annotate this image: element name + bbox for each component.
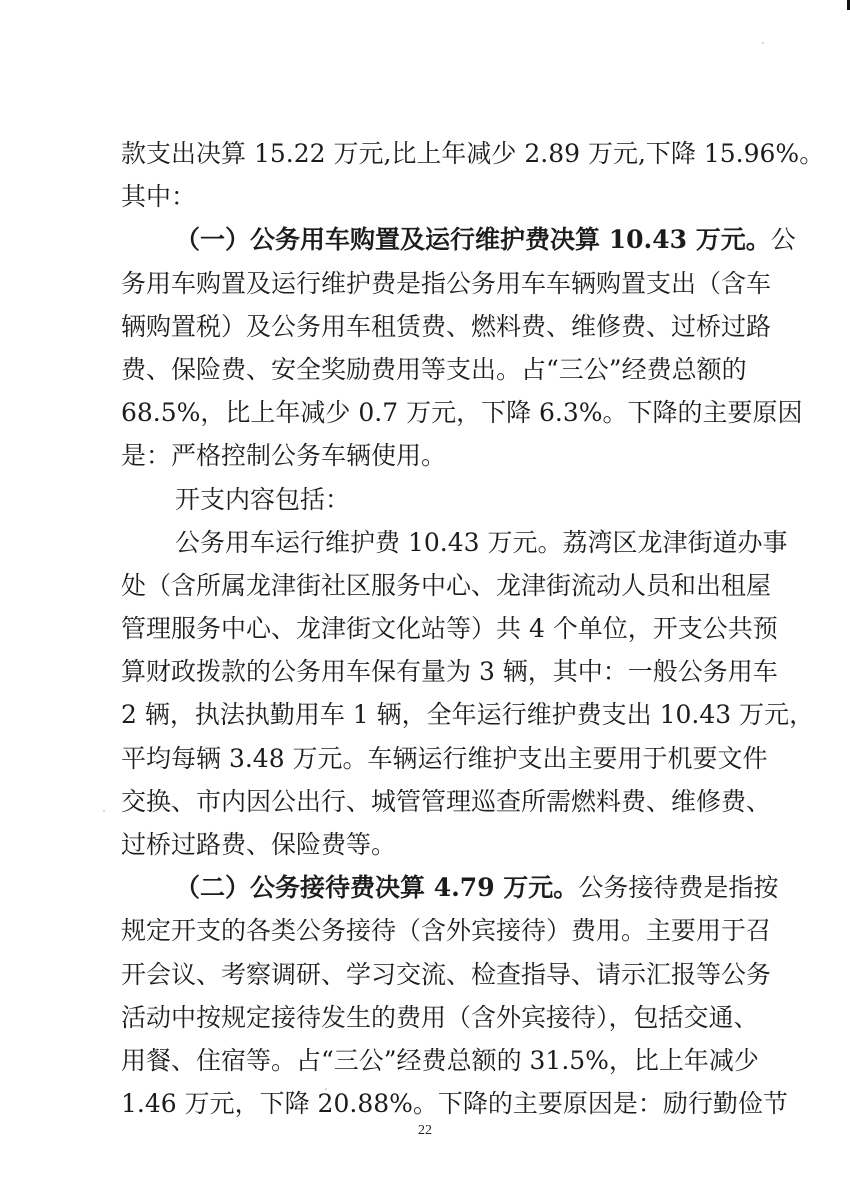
text-line: 活动中按规定接待发生的费用（含外宾接待），包括交通、: [121, 996, 737, 1039]
text-line: 处（含所属龙津街社区服务中心、龙津街流动人员和出租屋: [121, 564, 737, 607]
text-line: 开会议、考察调研、学习交流、检查指导、请示汇报等公务: [121, 953, 737, 996]
text-line: 交换、市内因公出行、城管管理巡查所需燃料费、维修费、: [121, 780, 737, 823]
line-text: 是：严格控制公务车辆使用。: [121, 441, 446, 470]
text-line: 用餐、住宿等。占“三公”经费总额的 31.5%，比上年减少: [121, 1039, 737, 1082]
scan-speck: [103, 810, 105, 812]
page-number: 22: [0, 1123, 850, 1139]
text-line: 过桥过路费、保险费等。: [121, 823, 737, 866]
document-page: 款支出决算 15.22 万元,比上年减少 2.89 万元,下降 15.96%。其…: [0, 0, 850, 1196]
line-text: 活动中按规定接待发生的费用（含外宾接待），包括交通、: [121, 1003, 759, 1032]
text-line: 务用车购置及运行维护费是指公务用车车辆购置支出（含车: [121, 262, 737, 305]
scan-speck: [762, 42, 764, 44]
line-text: 1.46 万元，下降 20.88%。下降的主要原因是：励行勤俭节: [121, 1089, 788, 1118]
line-text: 开会议、考察调研、学习交流、检查指导、请示汇报等公务: [121, 960, 771, 989]
line-text: 开支内容包括：: [175, 485, 350, 514]
line-text: 2 辆，执法执勤用车 1 辆，全年运行维护费支出 10.43 万元，: [121, 700, 814, 729]
line-text: 交换、市内因公出行、城管管理巡查所需燃料费、维修费、: [121, 787, 771, 816]
text-line: 1.46 万元，下降 20.88%。下降的主要原因是：励行勤俭节: [121, 1082, 737, 1125]
line-text: 其中：: [121, 182, 196, 211]
text-line: 规定开支的各类公务接待（含外宾接待）费用。主要用于召: [121, 909, 737, 952]
line-text: 过桥过路费、保险费等。: [121, 830, 396, 859]
text-line: 公务用车运行维护费 10.43 万元。荔湾区龙津街道办事: [121, 521, 737, 564]
text-line: 2 辆，执法执勤用车 1 辆，全年运行维护费支出 10.43 万元，: [121, 693, 737, 736]
line-text: 管理服务中心、龙津街文化站等）共 4 个单位，开支公共预: [121, 614, 778, 643]
line-text: 用餐、住宿等。占“三公”经费总额的 31.5%，比上年减少: [121, 1046, 759, 1075]
text-line: 开支内容包括：: [121, 478, 737, 521]
text-line: 款支出决算 15.22 万元,比上年减少 2.89 万元,下降 15.96%。: [121, 132, 737, 175]
line-text: 68.5%，比上年减少 0.7 万元，下降 6.3%。下降的主要原因: [121, 398, 803, 427]
text-line: 其中：: [121, 175, 737, 218]
document-body: 款支出决算 15.22 万元,比上年减少 2.89 万元,下降 15.96%。其…: [121, 132, 737, 1125]
text-line: 费、保险费、安全奖励费用等支出。占“三公”经费总额的: [121, 348, 737, 391]
section-heading: （一）公务用车购置及运行维护费决算 10.43 万元。: [175, 225, 771, 254]
line-text: 公务用车运行维护费 10.43 万元。荔湾区龙津街道办事: [175, 528, 787, 557]
line-text: 公: [771, 225, 796, 254]
text-line: 算财政拨款的公务用车保有量为 3 辆，其中：一般公务用车: [121, 650, 737, 693]
line-text: 处（含所属龙津街社区服务中心、龙津街流动人员和出租屋: [121, 571, 771, 600]
text-line: （二）公务接待费决算 4.79 万元。公务接待费是指按: [121, 866, 737, 909]
section-heading: （二）公务接待费决算 4.79 万元。: [175, 873, 578, 902]
line-text: 辆购置税）及公务用车租赁费、燃料费、维修费、过桥过路: [121, 312, 771, 341]
text-line: 是：严格控制公务车辆使用。: [121, 434, 737, 477]
text-line: 管理服务中心、龙津街文化站等）共 4 个单位，开支公共预: [121, 607, 737, 650]
text-line: （一）公务用车购置及运行维护费决算 10.43 万元。公: [121, 218, 737, 261]
text-line: 辆购置税）及公务用车租赁费、燃料费、维修费、过桥过路: [121, 305, 737, 348]
line-text: 费、保险费、安全奖励费用等支出。占“三公”经费总额的: [121, 355, 747, 384]
line-text: 平均每辆 3.48 万元。车辆运行维护支出主要用于机要文件: [121, 744, 768, 773]
text-line: 平均每辆 3.48 万元。车辆运行维护支出主要用于机要文件: [121, 737, 737, 780]
line-text: 规定开支的各类公务接待（含外宾接待）费用。主要用于召: [121, 916, 771, 945]
text-line: 68.5%，比上年减少 0.7 万元，下降 6.3%。下降的主要原因: [121, 391, 737, 434]
line-text: 公务接待费是指按: [578, 873, 778, 902]
line-text: 算财政拨款的公务用车保有量为 3 辆，其中：一般公务用车: [121, 657, 778, 686]
line-text: 务用车购置及运行维护费是指公务用车车辆购置支出（含车: [121, 269, 771, 298]
line-text: 款支出决算 15.22 万元,比上年减少 2.89 万元,下降 15.96%。: [121, 139, 824, 168]
